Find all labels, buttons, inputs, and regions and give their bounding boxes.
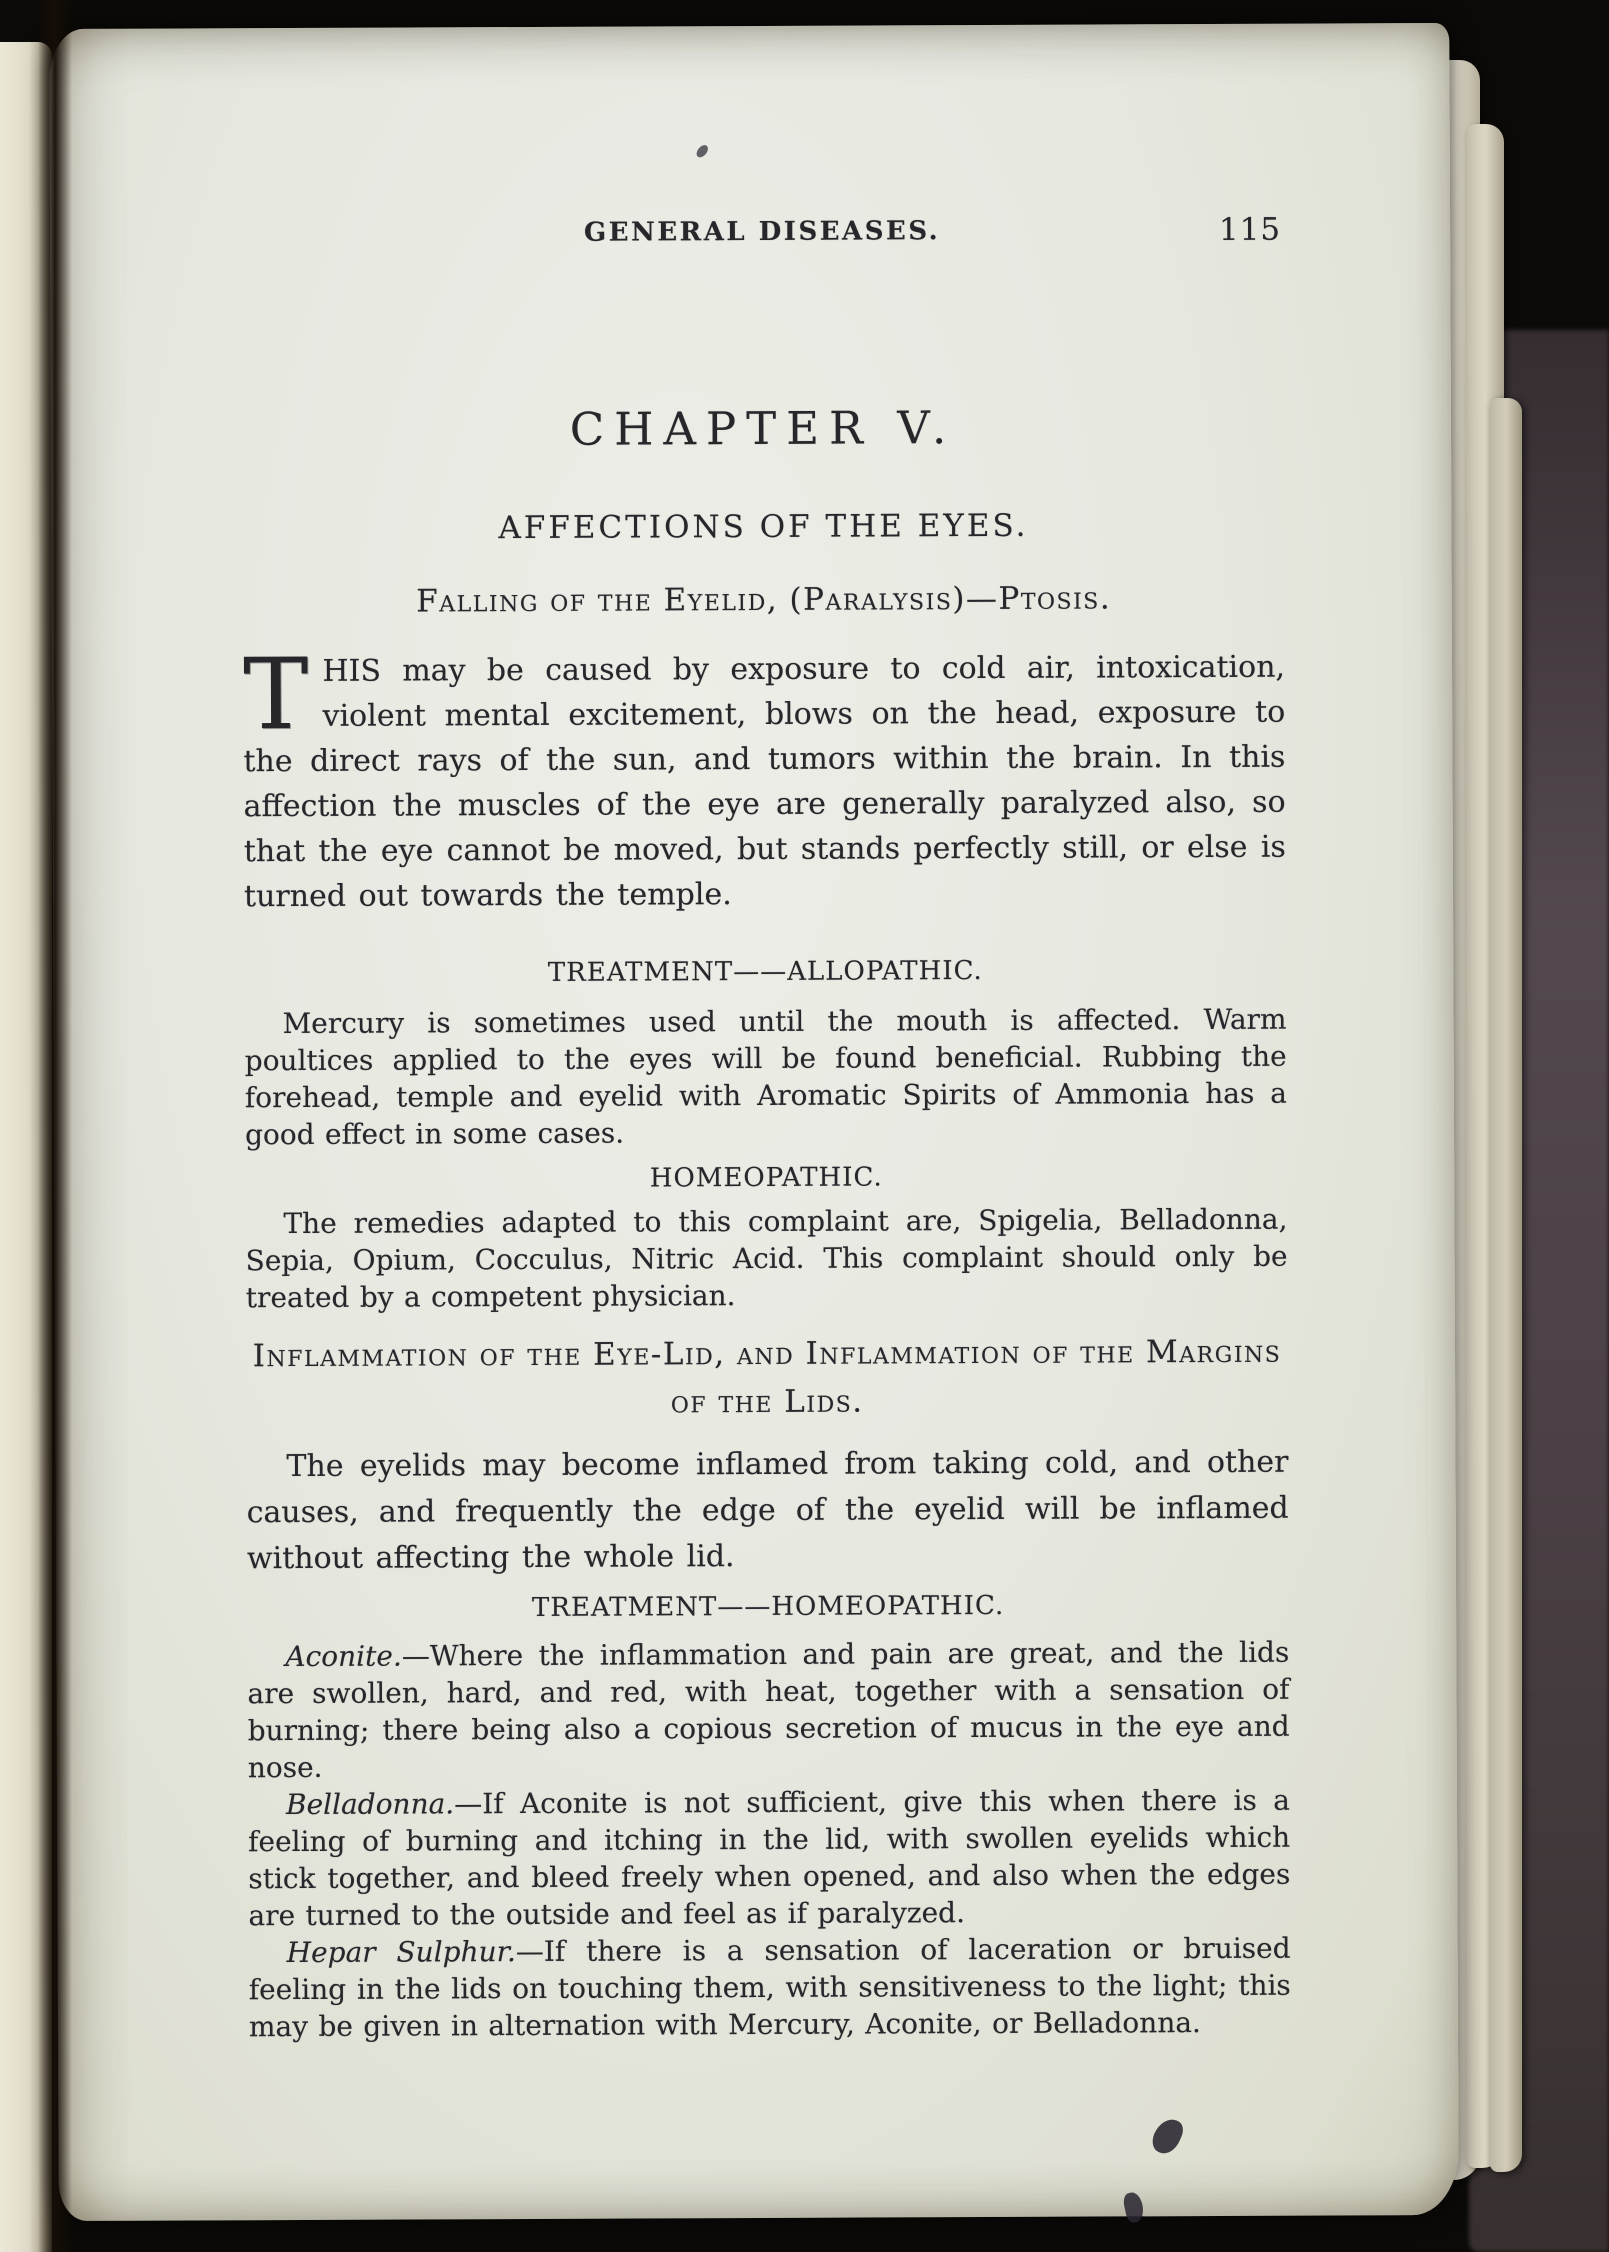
inflammation-heading: Inflammation of the Eye-Lid, and Inflamm… [246,1328,1288,1429]
page-number: 115 [1219,210,1281,250]
homeopathic-heading: HOMEOPATHIC. [245,1159,1287,1198]
drop-cap: T [243,649,323,735]
ink-speck-3 [694,143,710,160]
ink-speck-2 [1122,2191,1146,2224]
book-gutter-shadow [38,0,72,2252]
homeopathic-paragraph: The remedies adapted to this complaint a… [245,1201,1287,1317]
remedy-paragraph-hepar-sulphur: Hepar Sulphur.—If there is a sensation o… [249,1930,1291,2046]
allopathic-heading: TREATMENT——ALLOPATHIC. [244,953,1286,992]
remedy-name-hepar-sulphur: Hepar Sulphur. [287,1935,516,1969]
book-page: GENERAL DISEASES. 115 CHAPTER V. AFFECTI… [49,23,1459,2221]
inflammation-paragraph: The eyelids may become inflamed from tak… [246,1440,1289,1583]
running-header: GENERAL DISEASES. 115 [241,210,1283,255]
subsection-title: Falling of the Eyelid, (Paralysis)—Ptosi… [243,577,1285,624]
page-stack-edge-3 [1490,398,1522,2172]
remedy-text-aconite: —Where the inflammation and pain are gre… [247,1636,1289,1785]
intro-text: HIS may be caused by exposure to cold ai… [243,650,1286,915]
remedy-paragraph-aconite: Aconite.—Where the inflammation and pain… [247,1634,1290,1787]
remedy-name-belladonna: Belladonna. [286,1787,454,1821]
section-title: AFFECTIONS OF THE EYES. [242,507,1284,548]
remedy-paragraph-belladonna: Belladonna.—If Aconite is not sufficient… [248,1782,1291,1935]
treatment-homeopathic-heading: TREATMENT——HOMEOPATHIC. [247,1588,1289,1627]
remedy-name-aconite: Aconite. [285,1640,402,1674]
allopathic-paragraph: Mercury is sometimes used until the mout… [244,1001,1287,1154]
running-title: GENERAL DISEASES. [584,216,940,248]
intro-paragraph: THIS may be caused by exposure to cold a… [243,645,1286,920]
chapter-title: CHAPTER V. [242,400,1284,458]
ink-speck-1 [1148,2114,1186,2157]
text-column: GENERAL DISEASES. 115 CHAPTER V. AFFECTI… [241,210,1291,2046]
